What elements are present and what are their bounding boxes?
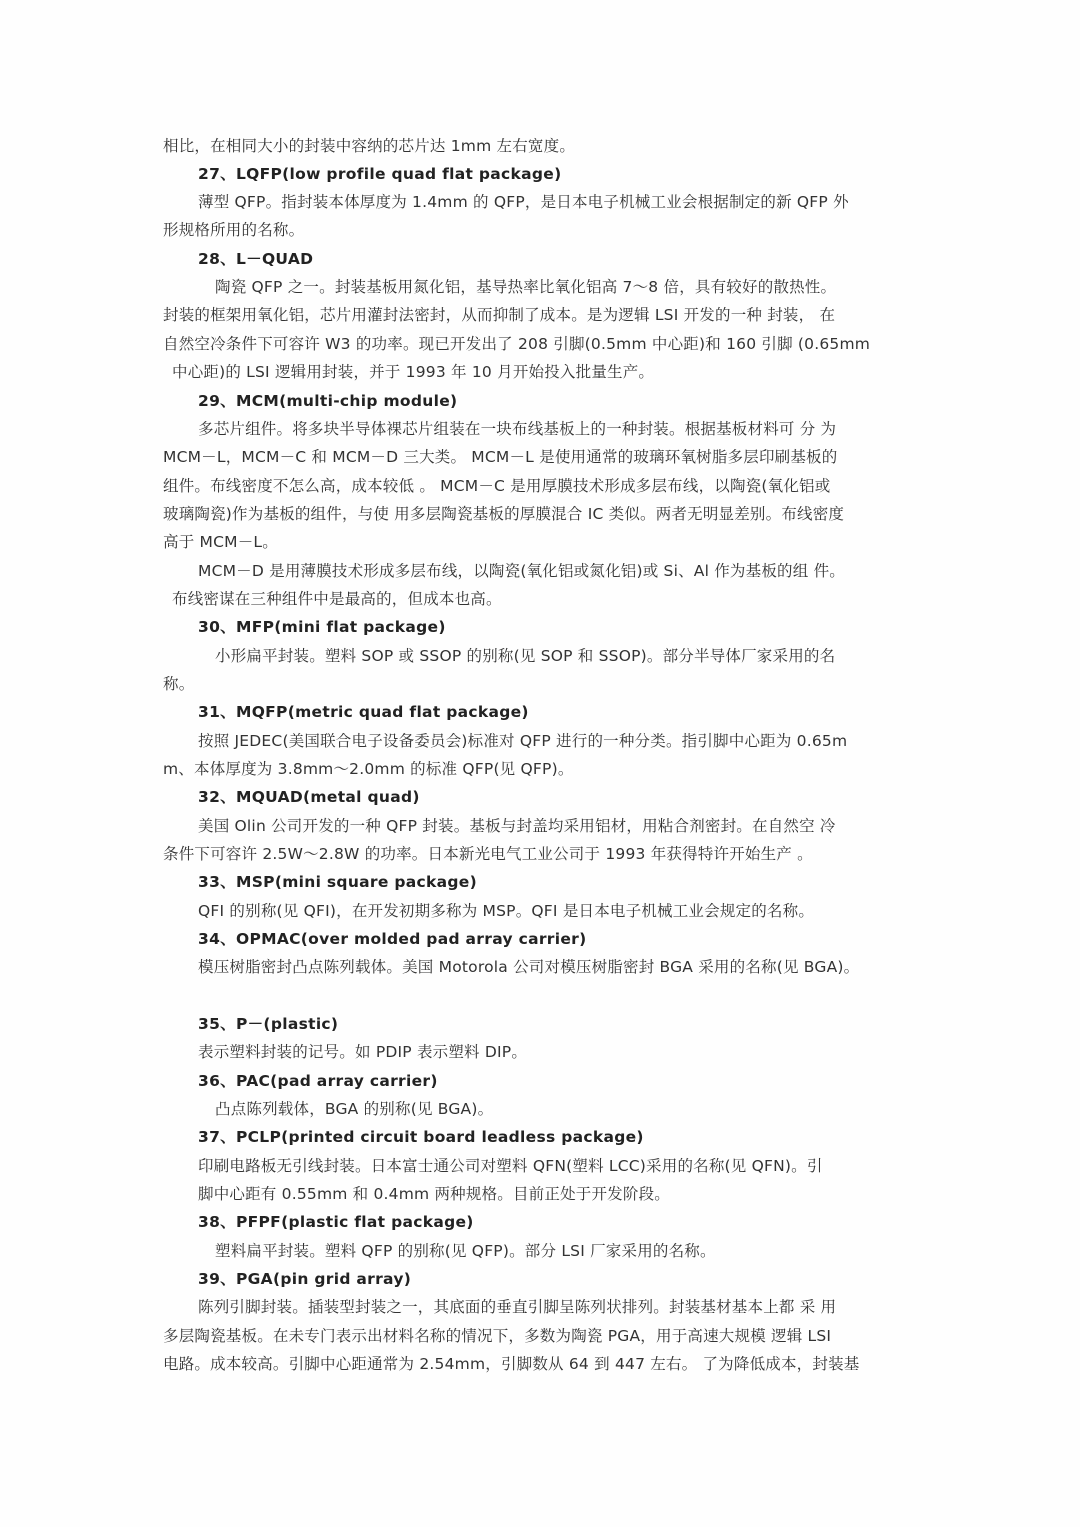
section-heading-32-mquad: 32、MQUAD(metal quad) bbox=[198, 787, 958, 807]
body-text-line: 高于 MCM－L。 bbox=[163, 532, 923, 552]
section-heading-38-pfpf: 38、PFPF(plastic flat package) bbox=[198, 1212, 958, 1232]
body-text-line: 陶瓷 QFP 之一。封装基板用氮化铝，基导热率比氧化铝高 7～8 倍，具有较好的… bbox=[215, 277, 975, 297]
body-text-line: 多层陶瓷基板。在未专门表示出材料名称的情况下，多数为陶瓷 PGA，用于高速大规模… bbox=[163, 1326, 923, 1346]
section-heading-27-lqfp: 27、LQFP(low profile quad flat package) bbox=[198, 164, 958, 184]
body-text-line: 中心距)的 LSI 逻辑用封装，并于 1993 年 10 月开始投入批量生产。 bbox=[172, 362, 932, 382]
body-text-line: 自然空冷条件下可容许 W3 的功率。现已开发出了 208 引脚(0.5mm 中心… bbox=[163, 334, 923, 354]
body-text-line: 小形扁平封装。塑料 SOP 或 SSOP 的别称(见 SOP 和 SSOP)。部… bbox=[215, 646, 975, 666]
body-text-line: 形规格所用的名称。 bbox=[163, 220, 923, 240]
section-heading-34-opmac: 34、OPMAC(over molded pad array carrier) bbox=[198, 929, 958, 949]
body-text-line: 相比，在相同大小的封装中容纳的芯片达 1mm 左右宽度。 bbox=[163, 136, 923, 156]
body-text-line: 称。 bbox=[163, 674, 923, 694]
body-text-line: 布线密谋在三种组件中是最高的，但成本也高。 bbox=[172, 589, 932, 609]
section-heading-31-mqfp: 31、MQFP(metric quad flat package) bbox=[198, 702, 958, 722]
body-text-line: 薄型 QFP。指封装本体厚度为 1.4mm 的 QFP，是日本电子机械工业会根据… bbox=[198, 192, 958, 212]
body-text-line: 模压树脂密封凸点陈列载体。美国 Motorola 公司对模压树脂密封 BGA 采… bbox=[198, 957, 958, 977]
body-text-line: 脚中心距有 0.55mm 和 0.4mm 两种规格。目前正处于开发阶段。 bbox=[198, 1184, 958, 1204]
body-text-line: MCM－L，MCM－C 和 MCM－D 三大类。 MCM－L 是使用通常的玻璃环… bbox=[163, 447, 923, 467]
section-heading-35-p-plastic: 35、P－(plastic) bbox=[198, 1014, 958, 1034]
body-text-line: 按照 JEDEC(美国联合电子设备委员会)标准对 QFP 进行的一种分类。指引脚… bbox=[198, 731, 958, 751]
body-text-line: 组件。布线密度不怎么高，成本较低 。 MCM－C 是用厚膜技术形成多层布线，以陶… bbox=[163, 476, 923, 496]
section-heading-36-pac: 36、PAC(pad array carrier) bbox=[198, 1071, 958, 1091]
body-text-line: 陈列引脚封装。插装型封装之一，其底面的垂直引脚呈陈列状排列。封装基材基本上都 采… bbox=[198, 1297, 958, 1317]
section-heading-28-l-quad: 28、L－QUAD bbox=[198, 249, 958, 269]
body-text-line: 印刷电路板无引线封装。日本富士通公司对塑料 QFN(塑料 LCC)采用的名称(见… bbox=[198, 1156, 958, 1176]
body-text-line: m、本体厚度为 3.8mm～2.0mm 的标准 QFP(见 QFP)。 bbox=[163, 759, 923, 779]
section-heading-30-mfp: 30、MFP(mini flat package) bbox=[198, 617, 958, 637]
body-text-line: 凸点陈列载体，BGA 的别称(见 BGA)。 bbox=[215, 1099, 975, 1119]
document-page: 相比，在相同大小的封装中容纳的芯片达 1mm 左右宽度。 27、LQFP(low… bbox=[0, 0, 1080, 1527]
body-text-line: 表示塑料封装的记号。如 PDIP 表示塑料 DIP。 bbox=[198, 1042, 958, 1062]
body-text-line: 塑料扁平封装。塑料 QFP 的别称(见 QFP)。部分 LSI 厂家采用的名称。 bbox=[215, 1241, 975, 1261]
body-text-line: 封装的框架用氧化铝，芯片用灌封法密封，从而抑制了成本。是为逻辑 LSI 开发的一… bbox=[163, 305, 923, 325]
section-heading-37-pclp: 37、PCLP(printed circuit board leadless p… bbox=[198, 1127, 958, 1147]
section-heading-33-msp: 33、MSP(mini square package) bbox=[198, 872, 958, 892]
body-text-line: 美国 Olin 公司开发的一种 QFP 封装。基板与封盖均采用铝材，用粘合剂密封… bbox=[198, 816, 958, 836]
body-text-line: 电路。成本较高。引脚中心距通常为 2.54mm，引脚数从 64 到 447 左右… bbox=[163, 1354, 923, 1374]
body-text-line: MCM－D 是用薄膜技术形成多层布线，以陶瓷(氧化铝或氮化铝)或 Si、Al 作… bbox=[198, 561, 958, 581]
body-text-line: 条件下可容许 2.5W～2.8W 的功率。日本新光电气工业公司于 1993 年获… bbox=[163, 844, 923, 864]
section-heading-39-pga: 39、PGA(pin grid array) bbox=[198, 1269, 958, 1289]
section-heading-29-mcm: 29、MCM(multi-chip module) bbox=[198, 391, 958, 411]
body-text-line: QFI 的别称(见 QFI)，在开发初期多称为 MSP。QFI 是日本电子机械工… bbox=[198, 901, 958, 921]
body-text-line: 玻璃陶瓷)作为基板的组件，与使 用多层陶瓷基板的厚膜混合 IC 类似。两者无明显… bbox=[163, 504, 923, 524]
body-text-line: 多芯片组件。将多块半导体裸芯片组装在一块布线基板上的一种封装。根据基板材料可 分… bbox=[198, 419, 958, 439]
